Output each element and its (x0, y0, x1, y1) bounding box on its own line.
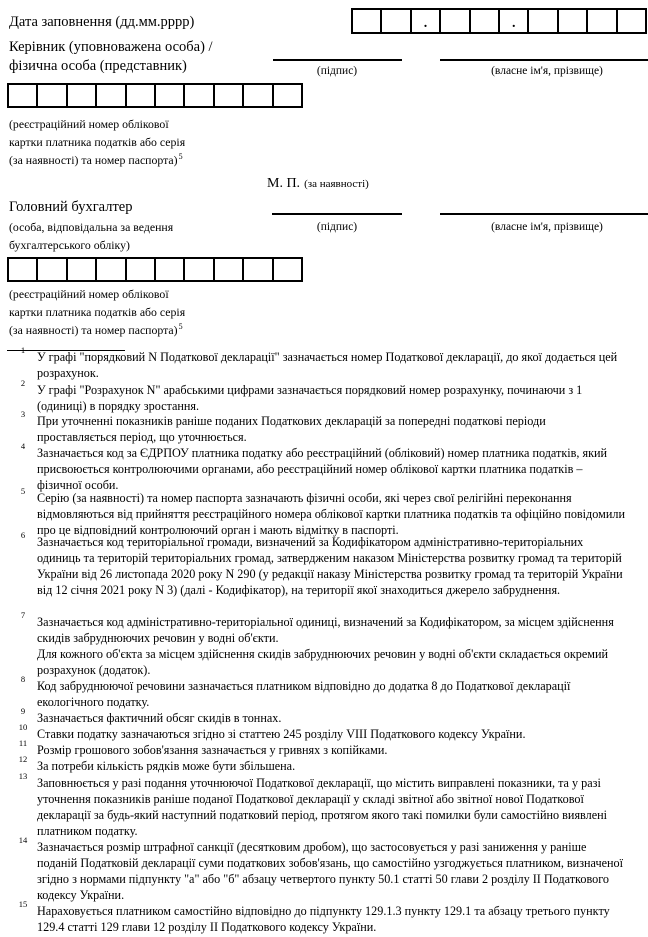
accountant-id-cell[interactable] (185, 259, 214, 280)
footnote-text-line: Зазначається код адміністративно-територ… (37, 614, 648, 630)
footnote-number: 2 (18, 377, 28, 389)
footnote-text-line: Ставки податку зазначаються згідно зі ст… (37, 726, 648, 742)
footnote-item: 3При уточненні показників раніше поданих… (0, 413, 648, 445)
date-digit-cell[interactable]: . (412, 10, 441, 32)
date-digit-cell[interactable] (353, 10, 382, 32)
stamp-main: М. П. (267, 176, 300, 191)
accountant-id-caption-line3: (за наявності) та номер паспорта)5 (9, 321, 183, 339)
footnote-number: 6 (18, 529, 28, 541)
date-separator: . (500, 17, 527, 31)
director-id-cell[interactable] (127, 85, 156, 106)
date-digit-cell[interactable] (618, 10, 645, 32)
footnote-item: 4Зазначається код за ЄДРПОУ платника под… (0, 445, 648, 493)
date-label: Дата заповнення (дд.мм.рррр) (9, 13, 194, 31)
director-name-caption: (власне ім'я, прізвище) (467, 63, 627, 79)
accountant-id-cell[interactable] (274, 259, 301, 280)
director-id-caption-line1: (реєстраційний номер облікової (9, 115, 169, 133)
director-id-cell[interactable] (38, 85, 67, 106)
footnote-number: 11 (18, 737, 28, 749)
date-input-grid[interactable]: .. (351, 8, 647, 34)
footnote-text-line: Зазначається код територіальної громади,… (37, 534, 648, 550)
accountant-id-cell[interactable] (38, 259, 67, 280)
director-id-cell[interactable] (185, 85, 214, 106)
footnote-text-line: За потреби кількість рядків може бути зб… (37, 758, 648, 774)
footnote-text-line: України від 26 листопада 2020 року N 290… (37, 566, 648, 582)
footnote-text-line: Для кожного об'єкта за місцем здійснення… (37, 646, 648, 662)
footnote-text-line: 129.4 статті 129 глави 12 розділу II Под… (37, 919, 648, 935)
footnote-text-line: від 12 січня 2021 року N 3) (далі - Коди… (37, 582, 648, 598)
footnote-number: 14 (18, 834, 28, 846)
date-digit-cell[interactable] (559, 10, 588, 32)
director-id-caption-line3: (за наявності) та номер паспорта)5 (9, 151, 183, 169)
footnote-number: 15 (18, 898, 28, 910)
footnote-text-line: У графі "порядковий N Податкової деклара… (37, 349, 648, 365)
footnote-item: 14Зазначається розмір штрафної санкції (… (0, 839, 648, 903)
footnote-text-line: одиниць та територій територіальних гром… (37, 550, 648, 566)
date-digit-cell[interactable] (588, 10, 617, 32)
accountant-id-cell[interactable] (127, 259, 156, 280)
footnote-item: 10Ставки податку зазначаються згідно зі … (0, 726, 648, 742)
accountant-subtitle-line1: (особа, відповідальна за ведення (9, 218, 173, 236)
footnote-item: 2У графі "Розрахунок N" арабськими цифра… (0, 382, 648, 414)
footnote-number: 7 (18, 609, 28, 621)
accountant-signature-caption: (підпис) (287, 219, 387, 235)
accountant-title: Головний бухгалтер (9, 198, 133, 216)
director-id-cell[interactable] (156, 85, 185, 106)
accountant-id-caption-line1: (реєстраційний номер облікової (9, 285, 169, 303)
date-digit-cell[interactable] (382, 10, 411, 32)
director-id-grid[interactable] (7, 83, 303, 108)
footnote-text-line: Розмір грошового зобов'язання зазначаєть… (37, 742, 648, 758)
date-separator: . (412, 17, 439, 31)
director-id-caption-line2: картки платника податків або серія (9, 133, 185, 151)
footnote-number: 3 (18, 408, 28, 420)
footnote-number: 12 (18, 753, 28, 765)
accountant-id-caption-text: (за наявності) та номер паспорта) (9, 323, 178, 337)
footnote-item: 9Зазначається фактичний обсяг скидів в т… (0, 710, 648, 726)
footnote-item: 1У графі "порядковий N Податкової деклар… (0, 349, 648, 381)
accountant-subtitle-line2: бухгалтерського обліку) (9, 236, 130, 254)
footnote-text-line: скидів забруднюючих речовин у водні об'є… (37, 630, 648, 646)
footnote-text-line: Заповнюється у разі подання уточнюючої П… (37, 775, 648, 791)
accountant-id-caption-line2: картки платника податків або серія (9, 303, 185, 321)
footnote-text-line: Зазначається код за ЄДРПОУ платника пода… (37, 445, 648, 461)
director-id-cell[interactable] (215, 85, 244, 106)
director-signature-line[interactable] (273, 59, 402, 61)
footnote-number: 13 (18, 770, 28, 782)
footnote-text-line: відмовляються від прийняття реєстраційно… (37, 506, 648, 522)
footnote-number: 5 (18, 485, 28, 497)
accountant-id-grid[interactable] (7, 257, 303, 282)
director-label-line2: фізична особа (представник) (9, 57, 187, 75)
director-id-cell[interactable] (68, 85, 97, 106)
footnote-text-line: Серію (за наявності) та номер паспорта з… (37, 490, 648, 506)
footnote-item: 5Серію (за наявності) та номер паспорта … (0, 490, 648, 538)
accountant-id-cell[interactable] (156, 259, 185, 280)
accountant-name-caption: (власне ім'я, прізвище) (467, 219, 627, 235)
footnote-text-line: кодексу України. (37, 887, 648, 903)
footnote-item: 6Зазначається код територіальної громади… (0, 534, 648, 598)
footnote-item: 12За потреби кількість рядків може бути … (0, 758, 648, 774)
director-id-cell[interactable] (244, 85, 273, 106)
footnote-text-line: проставляється період, що уточнюється. (37, 429, 648, 445)
accountant-name-line[interactable] (440, 213, 648, 215)
footnote-text-line: декларації за будь-який наступний податк… (37, 807, 648, 823)
footnote-ref[interactable]: 5 (179, 152, 183, 161)
director-label-line1: Керівник (уповноважена особа) / (9, 38, 213, 56)
footnote-item: 8Код забруднюючої речовини зазначається … (0, 678, 648, 710)
footnote-item: 13Заповнюється у разі подання уточнюючої… (0, 775, 648, 839)
footnote-text-line: Нараховується платником самостійно відпо… (37, 903, 648, 919)
footnote-item: 7Зазначається код адміністративно-терито… (0, 614, 648, 678)
date-digit-cell[interactable] (529, 10, 558, 32)
footnote-number: 8 (18, 673, 28, 685)
footnote-number: 9 (18, 705, 28, 717)
director-name-line[interactable] (440, 59, 648, 61)
footnote-text-line: екологічного податку. (37, 694, 648, 710)
accountant-signature-line[interactable] (272, 213, 402, 215)
accountant-id-cell[interactable] (68, 259, 97, 280)
footnote-number: 1 (18, 344, 28, 356)
date-digit-cell[interactable]: . (500, 10, 529, 32)
footnote-text-line: Зазначається розмір штрафної санкції (де… (37, 839, 648, 855)
director-id-cell[interactable] (274, 85, 301, 106)
date-digit-cell[interactable] (441, 10, 470, 32)
accountant-id-cell[interactable] (244, 259, 273, 280)
footnote-number: 4 (18, 440, 28, 452)
footnote-item: 11Розмір грошового зобов'язання зазначає… (0, 742, 648, 758)
footnote-text-line: При уточненні показників раніше поданих … (37, 413, 648, 429)
footnote-text-line: У графі "Розрахунок N" арабськими цифрам… (37, 382, 648, 398)
footnote-text-line: згідно з нормами підпункту "а" або "б" а… (37, 871, 648, 887)
footnote-text-line: (одиниці) в порядку зростання. (37, 398, 648, 414)
footnote-item: 15Нараховується платником самостійно від… (0, 903, 648, 935)
accountant-id-cell[interactable] (97, 259, 126, 280)
footnote-text-line: уточнення показників раніше поданої Пода… (37, 791, 648, 807)
footnote-ref[interactable]: 5 (179, 322, 183, 331)
stamp-note: (за наявності) (304, 178, 369, 190)
footnote-text-line: розрахунок (додаток). (37, 662, 648, 678)
director-signature-caption: (підпис) (287, 63, 387, 79)
footnote-text-line: Зазначається фактичний обсяг скидів в то… (37, 710, 648, 726)
director-id-cell[interactable] (97, 85, 126, 106)
director-id-caption-text: (за наявності) та номер паспорта) (9, 153, 178, 167)
director-id-cell[interactable] (9, 85, 38, 106)
footnote-text-line: присвоюється контролюючими органами, або… (37, 461, 648, 477)
footnote-text-line: Код забруднюючої речовини зазначається п… (37, 678, 648, 694)
date-digit-cell[interactable] (471, 10, 500, 32)
footnote-number: 10 (18, 721, 28, 733)
footnote-text-line: розрахунок. (37, 365, 648, 381)
footnote-text-line: платником податку. (37, 823, 648, 839)
footnote-text-line: поданій Податковій декларації суми подат… (37, 855, 648, 871)
accountant-id-cell[interactable] (9, 259, 38, 280)
accountant-id-cell[interactable] (215, 259, 244, 280)
stamp-label: М. П. (за наявності) (267, 174, 369, 193)
